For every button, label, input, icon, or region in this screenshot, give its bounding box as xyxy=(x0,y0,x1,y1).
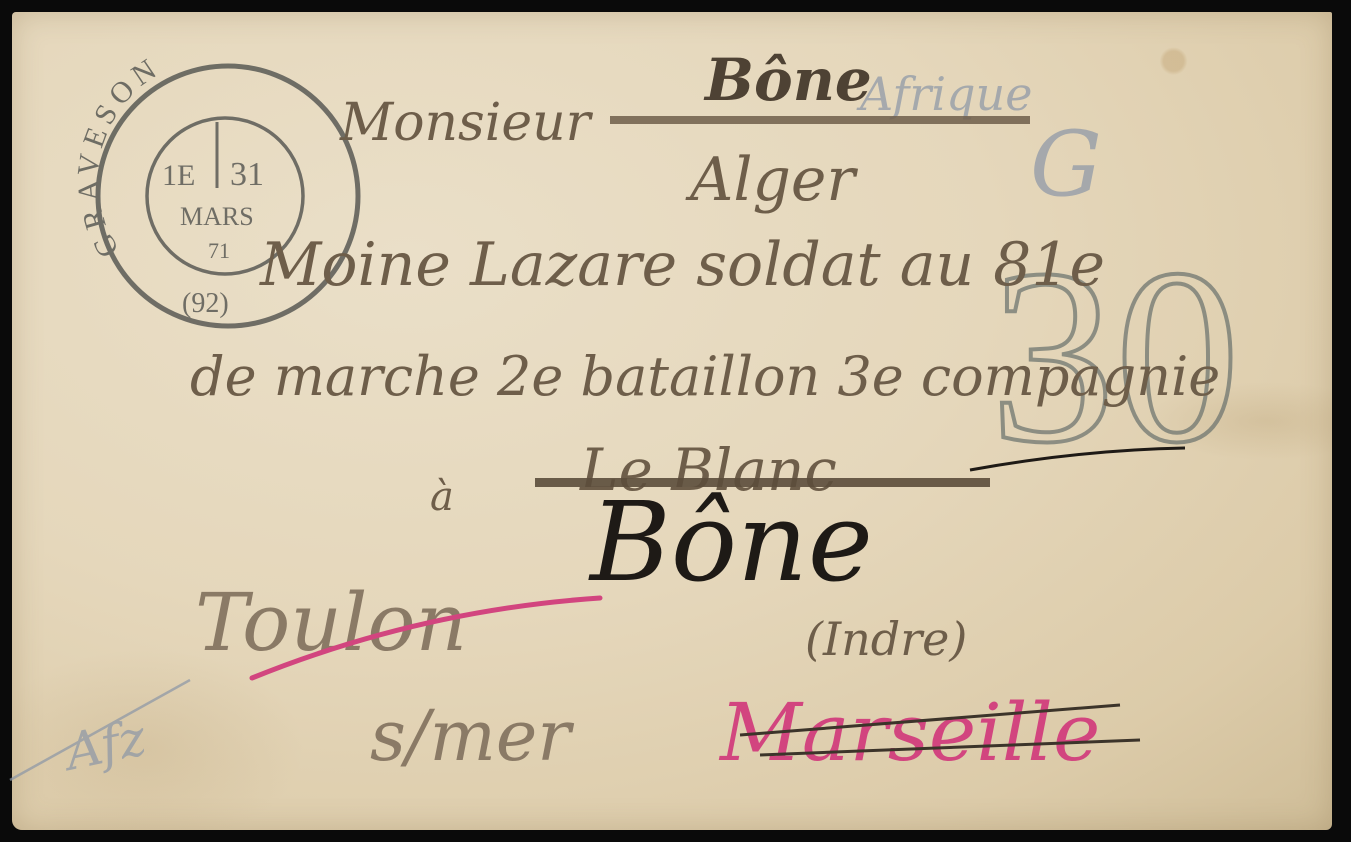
envelope-markings: GRAVESON 1E 31 MARS 71 (92) Afrique G Af… xyxy=(0,0,1351,842)
pencil-scribble: G xyxy=(1030,112,1102,217)
postmark-office-number: (92) xyxy=(182,288,229,319)
postmark-town: GRAVESON xyxy=(71,50,167,263)
redirect-alger: Alger xyxy=(685,145,858,215)
postmark-month: MARS xyxy=(180,202,254,231)
addressee-line: Moine Lazare soldat au 81e xyxy=(259,230,1105,300)
prefix-a: à xyxy=(430,474,454,520)
sur-mer: s/mer xyxy=(370,695,574,777)
postmark-day: 31 xyxy=(230,156,264,193)
postmark-time: 1E xyxy=(162,159,195,192)
pencil-afrique: Afrique xyxy=(856,67,1032,121)
new-town-bone: Bône xyxy=(588,478,873,606)
crossed-destination: Bône xyxy=(703,46,872,114)
postmark-year: 71 xyxy=(208,238,230,263)
department: (Indre) xyxy=(805,612,967,666)
unit-line: de marche 2e bataillon 3e compagnie xyxy=(190,345,1220,408)
svg-text:GRAVESON: GRAVESON xyxy=(71,50,167,263)
salutation: Monsieur xyxy=(339,93,594,153)
strike-bone xyxy=(610,116,1030,124)
